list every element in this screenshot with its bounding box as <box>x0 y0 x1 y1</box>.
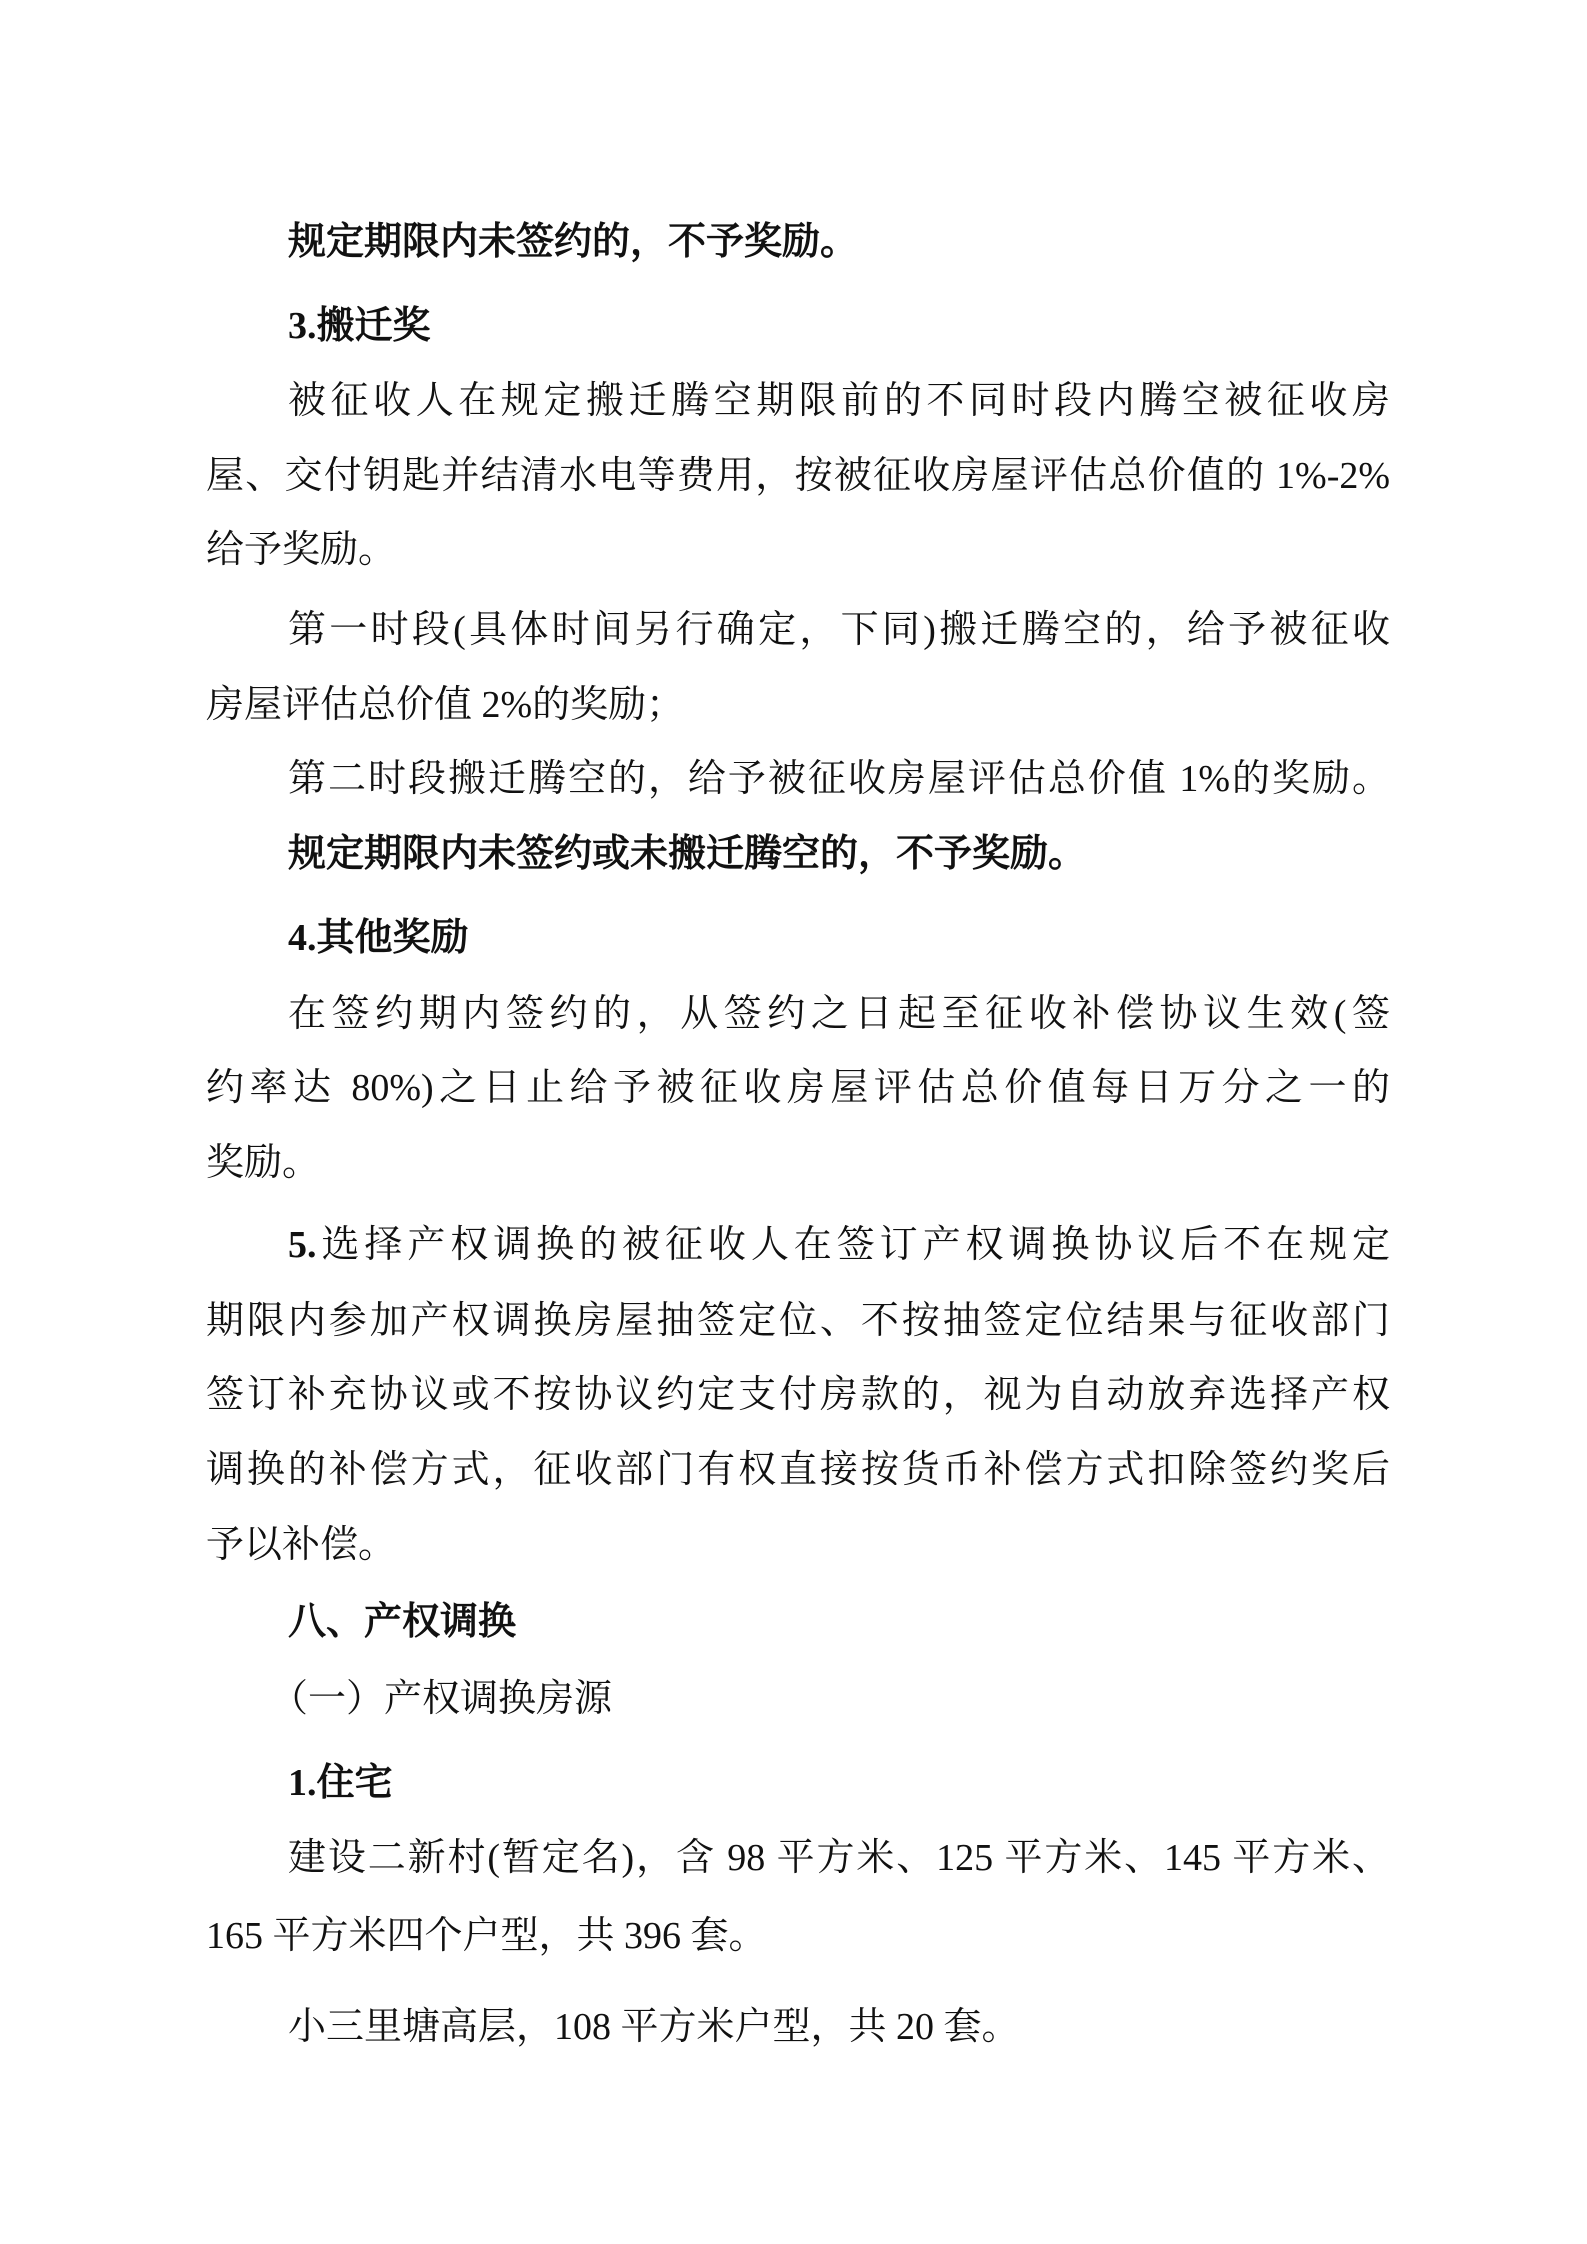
paragraph-line: 期限内参加产权调换房屋抽签定位、不按抽签定位结果与征收部门 <box>206 1293 1390 1349</box>
paragraph-line: 签订补充协议或不按协议约定支付房款的，视为自动放弃选择产权 <box>206 1367 1390 1423</box>
paragraph-line: 被征收人在规定搬迁腾空期限前的不同时段内腾空被征收房 <box>288 373 1390 429</box>
paragraph-line: 予以补偿。 <box>206 1517 1390 1573</box>
paragraph-line: 房屋评估总价值 2%的奖励； <box>206 677 1390 733</box>
paragraph-line-item-5: 5.选择产权调换的被征收人在签订产权调换协议后不在规定 <box>288 1217 1390 1273</box>
no-reward-note-signing: 规定期限内未签约的，不予奖励。 <box>288 214 1390 270</box>
paragraph-line: 165 平方米四个户型，共 396 套。 <box>206 1908 1390 1964</box>
paragraph-line: 在签约期内签约的，从签约之日起至征收补偿协议生效(签 <box>288 986 1390 1042</box>
paragraph-line: 小三里塘高层，108 平方米户型，共 20 套。 <box>288 1999 1390 2055</box>
paragraph-line: 第一时段(具体时间另行确定，下同)搬迁腾空的，给予被征收 <box>288 602 1390 658</box>
paragraph-line: 第二时段搬迁腾空的，给予被征收房屋评估总价值 1%的奖励。 <box>288 751 1390 807</box>
paragraph-line: 奖励。 <box>206 1135 1390 1191</box>
section-heading-residential: 1.住宅 <box>288 1755 1390 1811</box>
paragraph-line: 屋、交付钥匙并结清水电等费用，按被征收房屋评估总价值的 1%-2% <box>206 448 1390 504</box>
section-heading-other-rewards: 4.其他奖励 <box>288 910 1390 966</box>
paragraph-line: 调换的补偿方式，征收部门有权直接按货币补偿方式扣除签约奖后 <box>206 1442 1390 1498</box>
chapter-heading-property-exchange: 八、产权调换 <box>288 1593 1390 1649</box>
document-page: 规定期限内未签约的，不予奖励。 3.搬迁奖 被征收人在规定搬迁腾空期限前的不同时… <box>0 0 1587 2244</box>
paragraph-line: 建设二新村(暂定名)，含 98 平方米、125 平方米、145 平方米、 <box>288 1830 1390 1886</box>
paragraph-line: 给予奖励。 <box>206 522 1390 578</box>
paragraph-line: 约率达 80%)之日止给予被征收房屋评估总价值每日万分之一的 <box>206 1060 1390 1116</box>
item-text: 选择产权调换的被征收人在签订产权调换协议后不在规定 <box>317 1224 1391 1266</box>
item-number: 5. <box>288 1224 317 1266</box>
section-heading-relocation-reward: 3.搬迁奖 <box>288 298 1390 354</box>
subsection-heading-housing-source: （一）产权调换房源 <box>270 1670 1372 1726</box>
no-reward-note-relocation: 规定期限内未签约或未搬迁腾空的，不予奖励。 <box>288 826 1390 882</box>
